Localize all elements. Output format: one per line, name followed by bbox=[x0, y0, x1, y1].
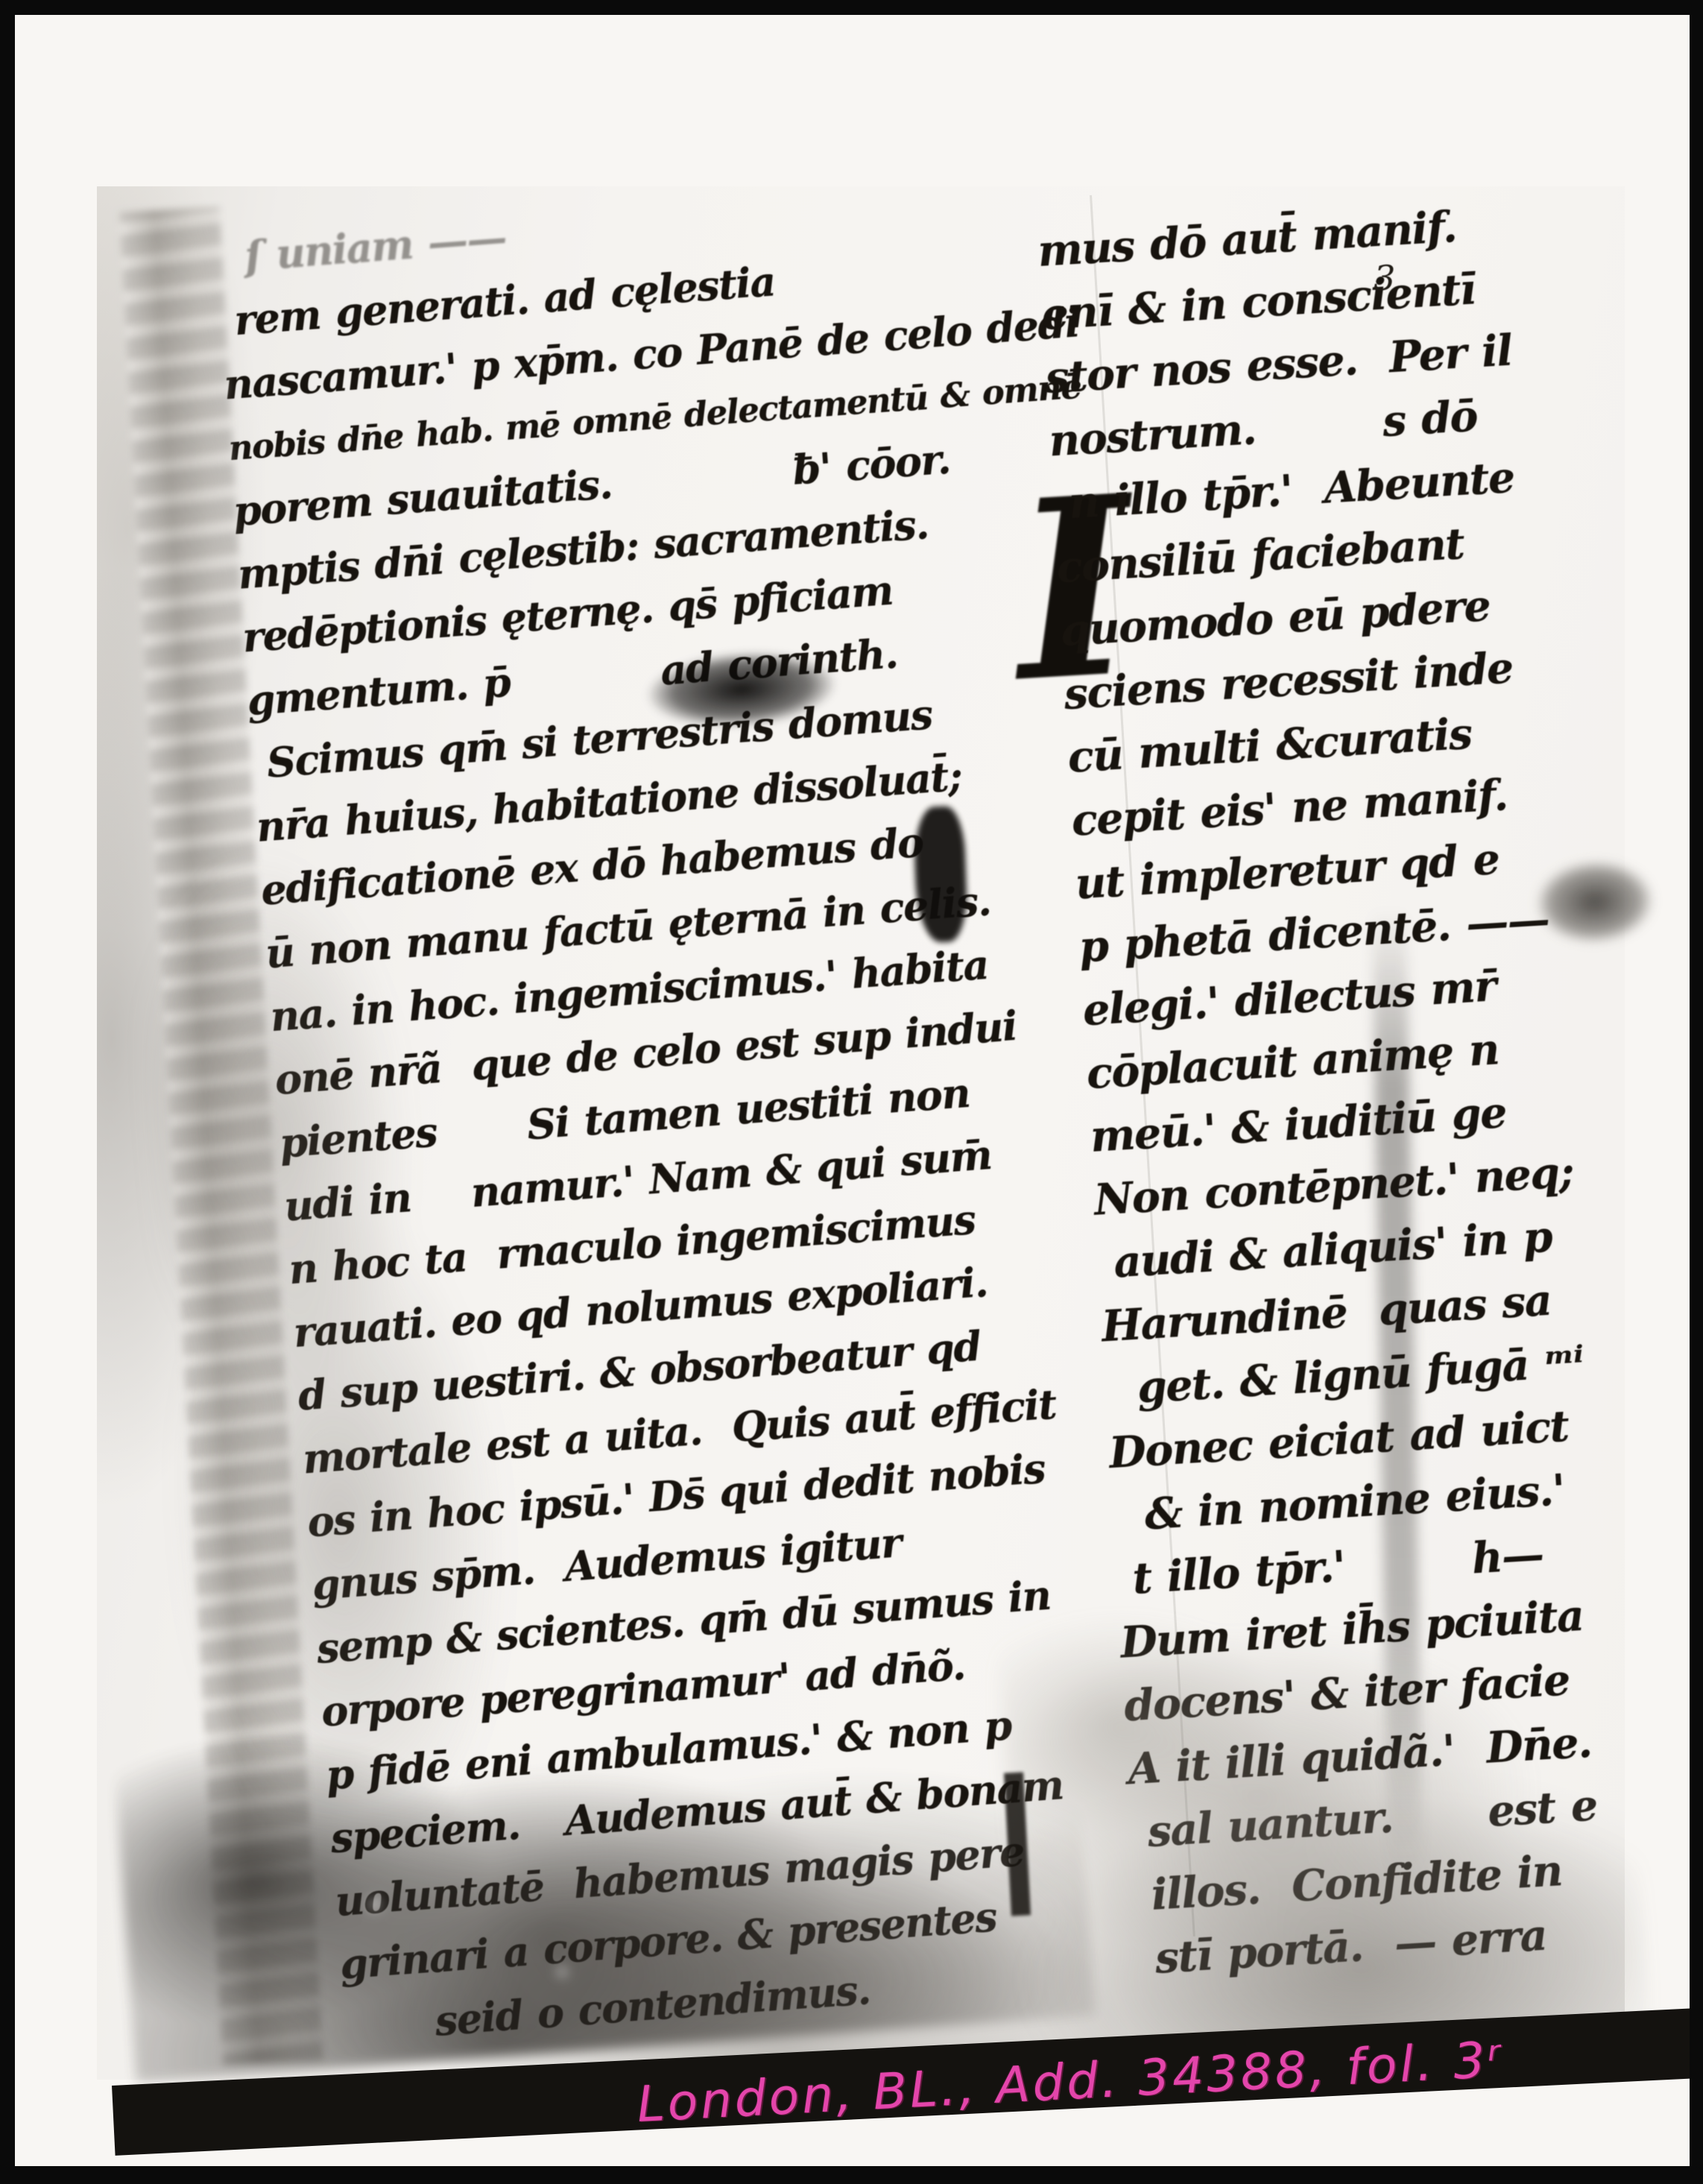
photo-frame-right bbox=[1690, 0, 1703, 2184]
ink-blot-stain bbox=[616, 633, 868, 747]
photo-frame-left bbox=[0, 0, 15, 2184]
photograph-of-manuscript: ſ uniam —— rem generati. ad cęlestianasc… bbox=[0, 0, 1703, 2184]
folio-number: 3 bbox=[1374, 261, 1395, 295]
smudged-ink-stain bbox=[1517, 846, 1672, 958]
dark-stain-bottom-left bbox=[108, 1614, 1096, 2083]
gray-stain-bottom-right bbox=[995, 1562, 1649, 2071]
photo-frame-bottom bbox=[0, 2166, 1703, 2184]
photo-frame-top bbox=[0, 0, 1703, 15]
